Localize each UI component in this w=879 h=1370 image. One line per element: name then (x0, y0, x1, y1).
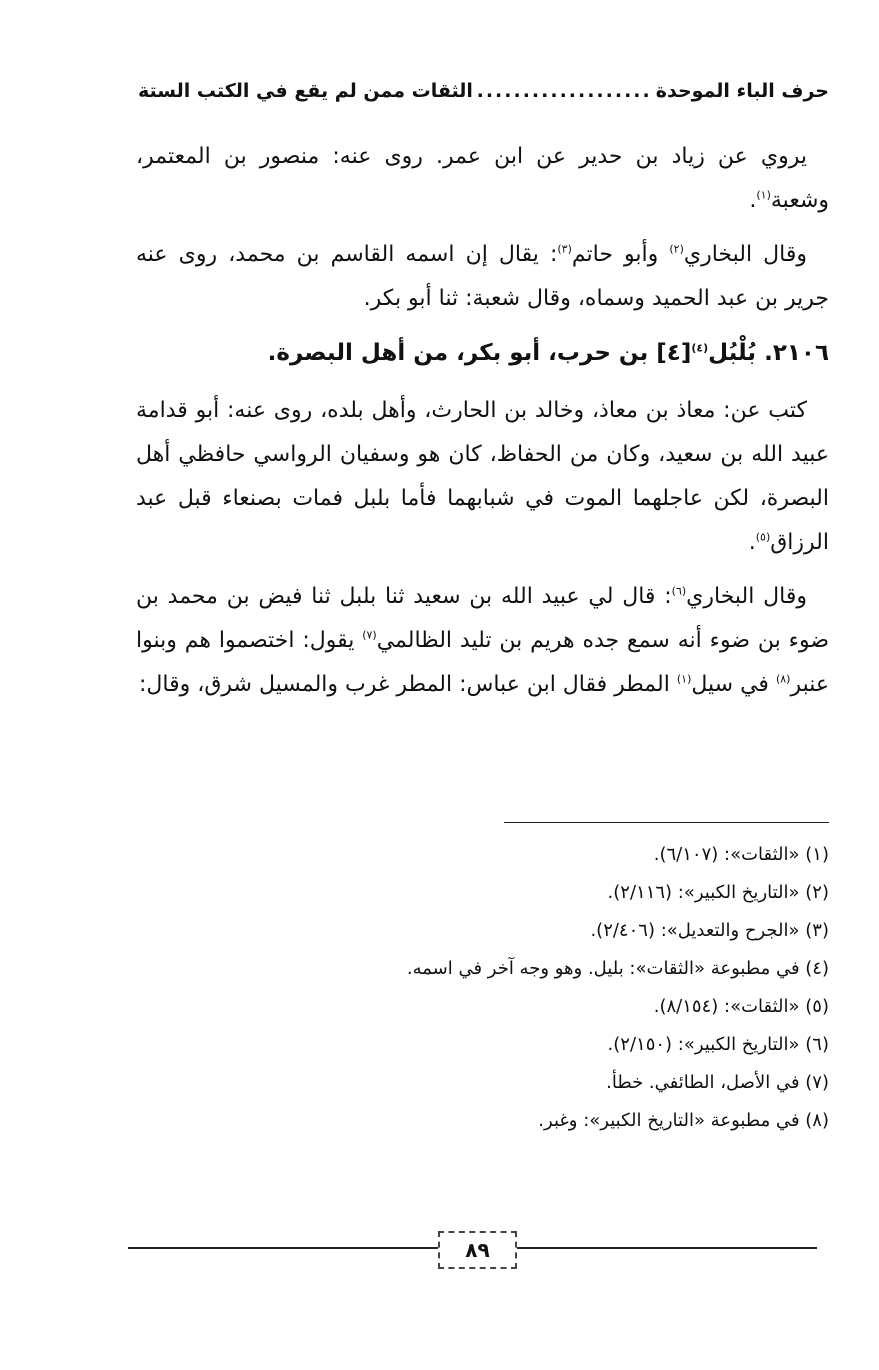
running-head-book-title: الثقات ممن لم يقع في الكتب الستة (138, 80, 473, 102)
footnote-ref[interactable]: (٢) (669, 243, 684, 256)
footnote-ref[interactable]: (٥) (756, 531, 771, 544)
paragraph-text: في سيل (691, 672, 776, 697)
paragraph-text: المطر فقال ابن عباس: المطر غرب والمسيل ش… (139, 672, 677, 697)
paragraph-3: كتب عن: معاذ بن معاذ، وخالد بن الحارث، و… (136, 389, 829, 565)
entry-code: [٤] (656, 340, 691, 366)
entry-number: ٢١٠٦. (764, 340, 829, 366)
paragraph-text: وقال البخاري (686, 584, 807, 609)
paragraph-text: وقال البخاري (684, 242, 807, 267)
page-number-box: ٨٩ (438, 1231, 517, 1269)
folio-rule-right (517, 1247, 817, 1249)
entry-heading: ٢١٠٦. بُلْبُل(٤)[٤] بن حرب، أبو بكر، من … (136, 331, 829, 375)
footnote-2: (٢) «التاريخ الكبير»: (٢/١١٦). (140, 874, 829, 912)
folio-rule-left (128, 1247, 438, 1249)
footnote-5: (٥) «الثقات»: (٨/١٥٤). (140, 988, 829, 1026)
running-head-leader-dots: ........................ (477, 80, 652, 102)
footnotes: (١) «الثقات»: (٦/١٠٧). (٢) «التاريخ الكب… (140, 836, 829, 1140)
page-number: ٨٩ (465, 1238, 489, 1262)
paragraph-1: يروي عن زياد بن حدير عن ابن عمر. روى عنه… (136, 135, 829, 223)
footnote-4: (٤) في مطبوعة «الثقات»: بليل. وهو وجه آخ… (140, 950, 829, 988)
paragraph-end: . (749, 530, 756, 555)
paragraph-text: يروي عن زياد بن حدير عن ابن عمر. روى عنه… (136, 144, 829, 213)
running-head-chapter: حرف الباء الموحدة (656, 80, 829, 102)
footnote-ref[interactable]: (١) (677, 673, 692, 686)
footnote-separator (504, 822, 829, 823)
footnote-ref[interactable]: (٣) (557, 243, 572, 256)
paragraph-text: كتب عن: معاذ بن معاذ، وخالد بن الحارث، و… (136, 398, 829, 555)
footnote-7: (٧) في الأصل، الطائفي. خطأ. (140, 1064, 829, 1102)
footnote-ref[interactable]: (٦) (672, 585, 687, 598)
paragraph-4: وقال البخاري(٦): قال لي عبيد الله بن سعي… (136, 575, 829, 707)
entry-description: بن حرب، أبو بكر، من أهل البصرة. (268, 340, 649, 366)
footnote-ref[interactable]: (١) (756, 189, 771, 202)
footnote-6: (٦) «التاريخ الكبير»: (٢/١٥٠). (140, 1026, 829, 1064)
running-head: حرف الباء الموحدة ......................… (138, 76, 829, 106)
entry-name: بُلْبُل (708, 340, 756, 366)
footnote-1: (١) «الثقات»: (٦/١٠٧). (140, 836, 829, 874)
footnote-ref[interactable]: (٨) (776, 673, 791, 686)
footnote-3: (٣) «الجرح والتعديل»: (٢/٤٠٦). (140, 912, 829, 950)
main-text: يروي عن زياد بن حدير عن ابن عمر. روى عنه… (136, 135, 829, 717)
paragraph-2: وقال البخاري(٢) وأبو حاتم(٣): يقال إن اس… (136, 233, 829, 321)
paragraph-text: وأبو حاتم (572, 242, 669, 267)
footnote-ref[interactable]: (٧) (362, 629, 377, 642)
footnote-ref[interactable]: (٤) (691, 341, 708, 354)
footnote-8: (٨) في مطبوعة «التاريخ الكبير»: وغبر. (140, 1102, 829, 1140)
book-page: حرف الباء الموحدة ......................… (0, 0, 879, 1370)
